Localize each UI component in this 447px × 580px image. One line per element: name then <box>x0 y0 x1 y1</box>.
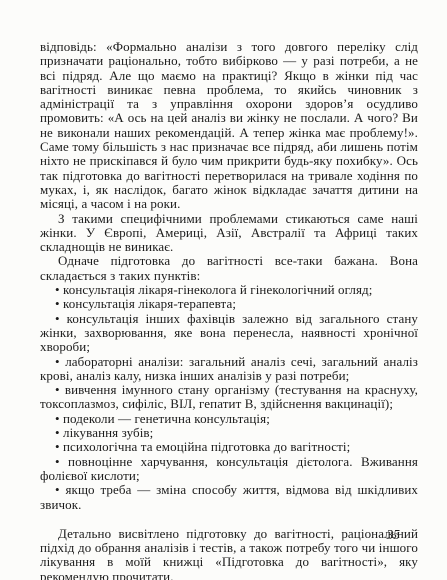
bullet-item: • повноцінне харчування, консультація ді… <box>40 455 418 484</box>
closing-paragraph: Детально висвітлено підготовку до вагітн… <box>40 527 418 580</box>
bullet-item: • психологічна та емоційна підготовка до… <box>40 440 418 454</box>
bullet-item: • вивчення імунного стану організму (тес… <box>40 383 418 412</box>
paragraph: Одначе підготовка до вагітності все-таки… <box>40 254 418 283</box>
paragraph: З такими специфічними проблемами стикают… <box>40 212 418 255</box>
bullet-item: • лікування зубів; <box>40 426 418 440</box>
paragraph-continuation: відповідь: «Формально аналізи з того дов… <box>40 40 418 212</box>
bullet-item: • консультація лікаря-гінеколога й гінек… <box>40 283 418 297</box>
bullet-item: • подеколи — генетична консультація; <box>40 412 418 426</box>
page-text: відповідь: «Формально аналізи з того дов… <box>40 40 418 580</box>
page-number: 35 <box>387 527 401 543</box>
book-page: відповідь: «Формально аналізи з того дов… <box>0 0 447 580</box>
bullet-item: • консультація інших фахівців залежно ві… <box>40 312 418 355</box>
bullet-item: • якщо треба — зміна способу життя, відм… <box>40 483 418 512</box>
bullet-item: • лабораторні аналізи: загальний аналіз … <box>40 355 418 384</box>
bullet-item: • консультація лікаря-терапевта; <box>40 297 418 311</box>
